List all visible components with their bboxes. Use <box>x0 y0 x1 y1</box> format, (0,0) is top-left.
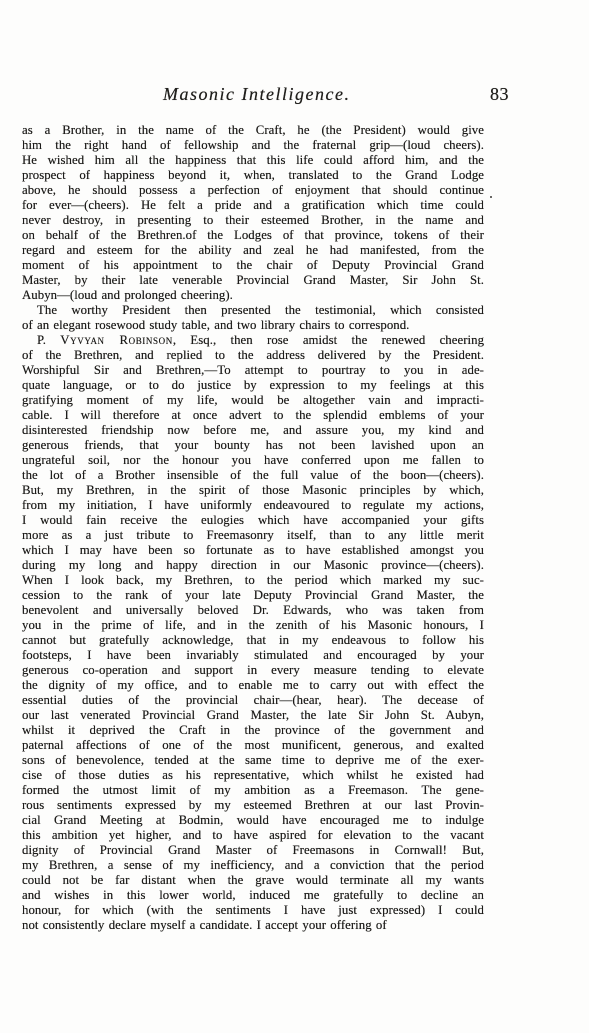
text-line: ungrateful soil, nor the honour you have… <box>22 453 484 468</box>
text-line: When I look back, my Brethren, to the pe… <box>22 573 484 588</box>
text-line: generous co-operation and support in eve… <box>22 663 484 678</box>
text-line: cial Grand Meeting at Bodmin, would have… <box>22 813 484 828</box>
text-line: Master, by their late venerable Provinci… <box>22 273 484 288</box>
paragraph: P. Vyvyan Robinson, Esq., then rose amid… <box>22 333 484 933</box>
running-header: Masonic Intelligence. 83 <box>0 84 589 110</box>
text-line: sons of benevolence, tended at the same … <box>22 753 484 768</box>
text-line: cise of those duties as his representati… <box>22 768 484 783</box>
text-line: dignity of Provincial Grand Master of Fr… <box>22 843 484 858</box>
scan-artifact-dot <box>490 196 492 198</box>
text-line: my Brethren, a sense of my inefficiency,… <box>22 858 484 873</box>
text-line: on behalf of the Brethren.of the Lodges … <box>22 228 484 243</box>
page-title: Masonic Intelligence. <box>163 84 350 105</box>
text-line: cession to the rank of your late Deputy … <box>22 588 484 603</box>
text-line: gratifying moment of my life, would be a… <box>22 393 484 408</box>
document-body: as a Brother, in the name of the Craft, … <box>22 123 484 933</box>
text-line: prospect of happiness beyond it, when, t… <box>22 168 484 183</box>
text-line: The worthy President then presented the … <box>22 303 484 318</box>
text-line: essential duties of the provincial chair… <box>22 693 484 708</box>
text-line: could not be far distant when the grave … <box>22 873 484 888</box>
text-line: above, he should possess a perfection of… <box>22 183 484 198</box>
text-line: P. Vyvyan Robinson, Esq., then rose amid… <box>22 333 484 348</box>
text-line: quate language, or to do justice by expr… <box>22 378 484 393</box>
text-line: you in the prime of life, and in the zen… <box>22 618 484 633</box>
text-line: But, my Brethren, in the spirit of those… <box>22 483 484 498</box>
text-line: for ever—(cheers). He felt a pride and a… <box>22 198 484 213</box>
text-line: moment of his appointment to the chair o… <box>22 258 484 273</box>
text-line: footsteps, I have been invariably stimul… <box>22 648 484 663</box>
text-line: from my initiation, I have uniformly end… <box>22 498 484 513</box>
text-line: the lot of a Brother insensible of the f… <box>22 468 484 483</box>
text-line: I would fain receive the eulogies which … <box>22 513 484 528</box>
text-line: the dignity of my office, and to enable … <box>22 678 484 693</box>
text-line: paternal affections of one of the most m… <box>22 738 484 753</box>
text-line: rous sentiments expressed by my esteemed… <box>22 798 484 813</box>
text-line: not consistently declare myself a candid… <box>22 918 484 933</box>
scanned-document-page: Masonic Intelligence. 83 as a Brother, i… <box>0 0 589 1033</box>
page-number: 83 <box>490 84 509 105</box>
text-line: cable. I will therefore at once advert t… <box>22 408 484 423</box>
text-line: of an elegant rosewood study table, and … <box>22 318 484 333</box>
text-line: our last venerated Provincial Grand Mast… <box>22 708 484 723</box>
text-line: disinterested friendship now before me, … <box>22 423 484 438</box>
text-line: formed the utmost limit of my ambition a… <box>22 783 484 798</box>
text-line: whilst it deprived the Craft in the prov… <box>22 723 484 738</box>
text-line: benevolent and universally beloved Dr. E… <box>22 603 484 618</box>
text-line: He wished him all the happiness that thi… <box>22 153 484 168</box>
paragraph: The worthy President then presented the … <box>22 303 484 333</box>
smallcaps-name: Vyvyan Robinson <box>60 333 173 347</box>
text-line: of the Brethren, and replied to the addr… <box>22 348 484 363</box>
text-line: more as a just tribute to Freemasonry it… <box>22 528 484 543</box>
text-line: which I may have been so fortunate as to… <box>22 543 484 558</box>
text-line: and wishes in this lower world, induced … <box>22 888 484 903</box>
text-line: regard and esteem for the ability and ze… <box>22 243 484 258</box>
text-line: Worshipful Sir and Brethren,—To attempt … <box>22 363 484 378</box>
text-line: generous friends, that your bounty has n… <box>22 438 484 453</box>
text-line: during my long and happy direction in ou… <box>22 558 484 573</box>
paragraph: as a Brother, in the name of the Craft, … <box>22 123 484 303</box>
text-line: him the right hand of fellowship and the… <box>22 138 484 153</box>
text-line: cannot but gratefully acknowledge, that … <box>22 633 484 648</box>
text-line: Aubyn—(loud and prolonged cheering). <box>22 288 484 303</box>
text-line: as a Brother, in the name of the Craft, … <box>22 123 484 138</box>
text-line: this ambition yet higher, and to have as… <box>22 828 484 843</box>
text-line: honour, for which (with the sentiments I… <box>22 903 484 918</box>
text-line: never destroy, in presenting to their es… <box>22 213 484 228</box>
